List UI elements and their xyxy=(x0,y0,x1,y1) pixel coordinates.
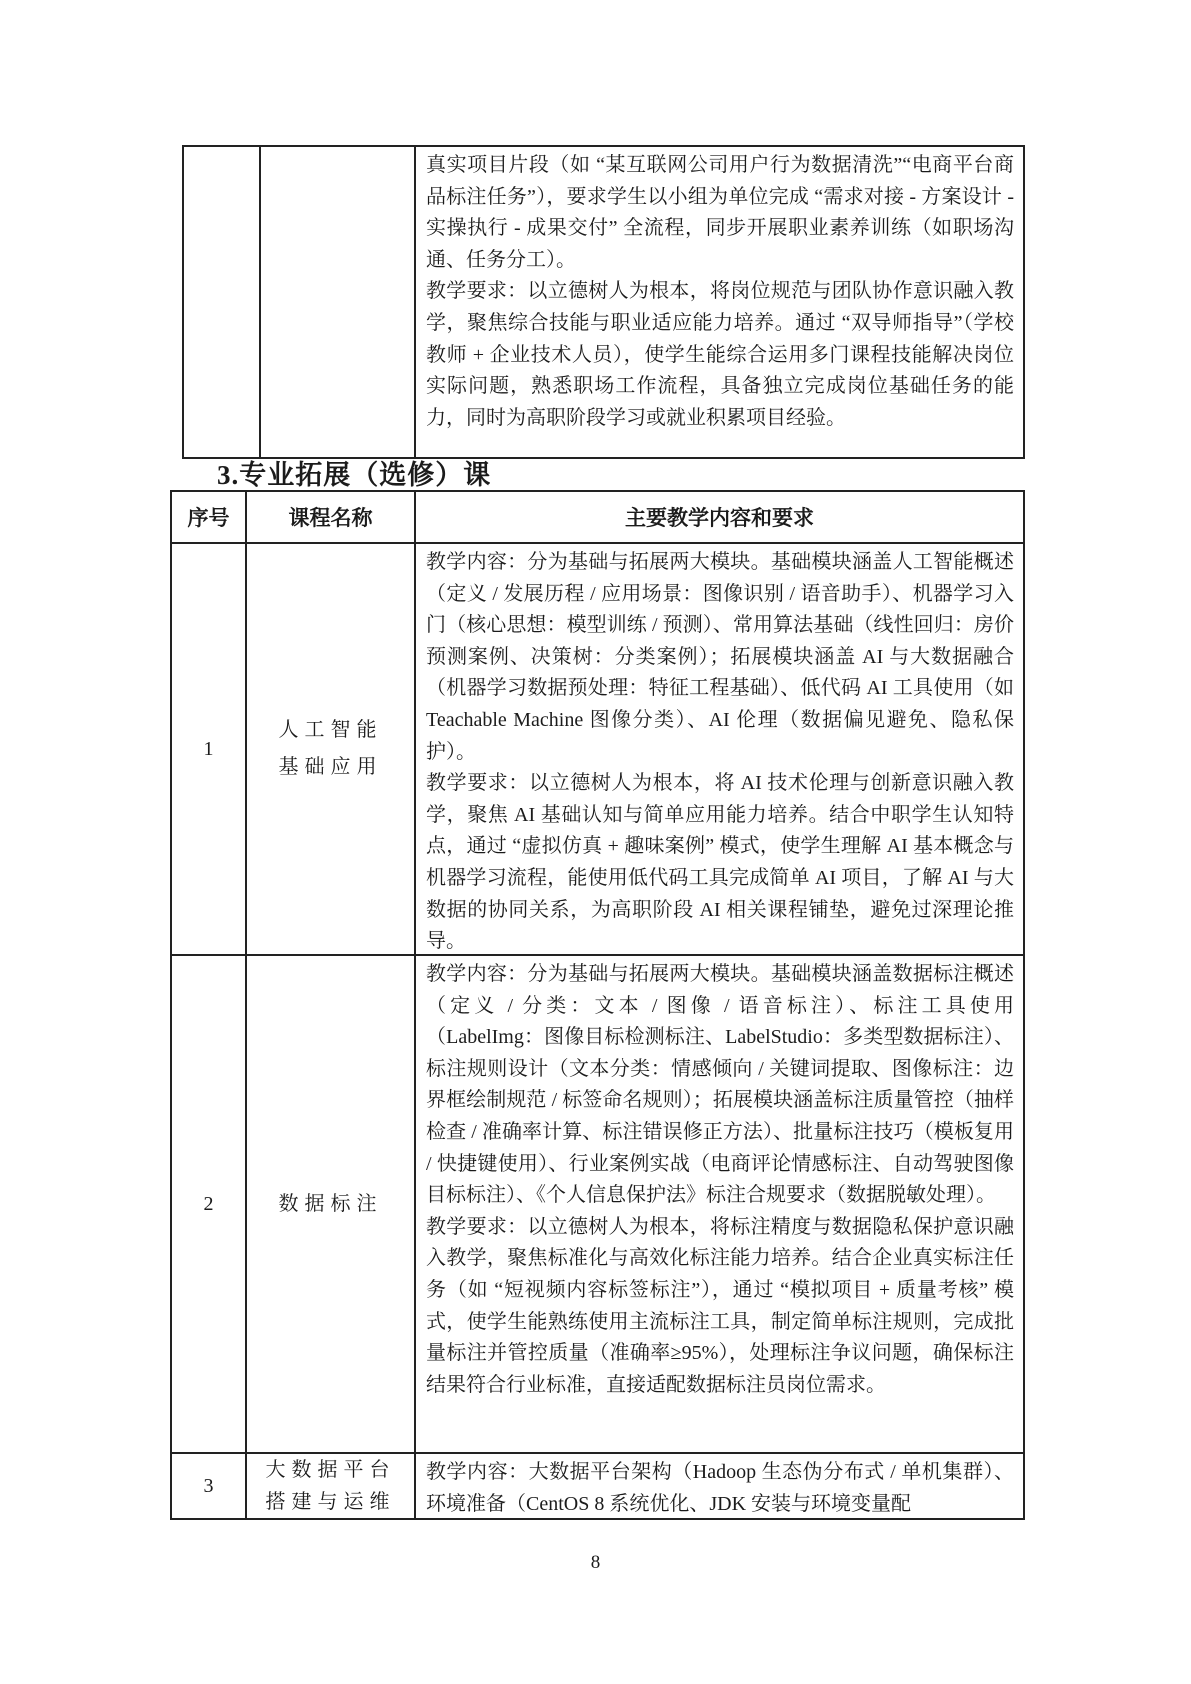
header-cell-main-content: 主要教学内容和要求 xyxy=(415,491,1024,543)
content-cell: 教学内容：分为基础与拓展两大模块。基础模块涵盖人工智能概述（定义 / 发展历程 … xyxy=(415,543,1024,955)
teaching-content-paragraph: 教学内容：分为基础与拓展两大模块。基础模块涵盖数据标注概述（定义 / 分类：文本… xyxy=(426,959,1014,1212)
teaching-content-paragraph: 教学内容：分为基础与拓展两大模块。基础模块涵盖人工智能概述（定义 / 发展历程 … xyxy=(426,547,1014,768)
course-name-line: 大数据平台 xyxy=(247,1454,414,1486)
course-name-line: 数据标注 xyxy=(247,1186,414,1223)
table-row: 3 大数据平台 搭建与运维 教学内容：大数据平台架构（Hadoop 生态伪分布式… xyxy=(171,1453,1024,1519)
course-name-cell: 大数据平台 搭建与运维 xyxy=(246,1453,415,1519)
page-number: 8 xyxy=(0,1552,1191,1574)
row-number: 2 xyxy=(172,1193,245,1216)
row-number-cell: 2 xyxy=(171,955,246,1453)
teaching-requirement-paragraph: 教学要求：以立德树人为根本，将 AI 技术伦理与创新意识融入教学，聚焦 AI 基… xyxy=(426,768,1014,954)
section-heading: 3.专业拓展（选修）课 xyxy=(217,453,491,492)
header-cell-serial: 序号 xyxy=(171,491,246,543)
teaching-content-paragraph: 真实项目片段（如 “某互联网公司用户行为数据清洗”“电商平台商品标注任务”），要… xyxy=(426,150,1014,276)
row-number: 1 xyxy=(172,738,245,761)
table-row: 真实项目片段（如 “某互联网公司用户行为数据清洗”“电商平台商品标注任务”），要… xyxy=(183,146,1024,458)
content-cell: 教学内容：大数据平台架构（Hadoop 生态伪分布式 / 单机集群）、环境准备（… xyxy=(415,1453,1024,1519)
row-number-cell-empty xyxy=(183,146,260,458)
teaching-requirement-paragraph: 教学要求：以立德树人为根本，将标注精度与数据隐私保护意识融入教学，聚焦标准化与高… xyxy=(426,1212,1014,1402)
content-cell: 教学内容：分为基础与拓展两大模块。基础模块涵盖数据标注概述（定义 / 分类：文本… xyxy=(415,955,1024,1453)
row-number-cell: 3 xyxy=(171,1453,246,1519)
course-name-cell: 数据标注 xyxy=(246,955,415,1453)
table-row: 1 人工智能 基础应用 教学内容：分为基础与拓展两大模块。基础模块涵盖人工智能概… xyxy=(171,543,1024,955)
row-number: 3 xyxy=(172,1475,245,1498)
table-header-row: 序号 课程名称 主要教学内容和要求 xyxy=(171,491,1024,543)
header-cell-course-name: 课程名称 xyxy=(246,491,415,543)
course-table: 序号 课程名称 主要教学内容和要求 1 人工智能 基础应用 教学内容：分为基础与… xyxy=(170,490,1025,1520)
course-name-line: 基础应用 xyxy=(247,749,414,786)
course-name-cell: 人工智能 基础应用 xyxy=(246,543,415,955)
document-page: 真实项目片段（如 “某互联网公司用户行为数据清洗”“电商平台商品标注任务”），要… xyxy=(0,0,1191,1684)
row-number-cell: 1 xyxy=(171,543,246,955)
table-row: 2 数据标注 教学内容：分为基础与拓展两大模块。基础模块涵盖数据标注概述（定义 … xyxy=(171,955,1024,1453)
course-name-line: 搭建与运维 xyxy=(247,1486,414,1518)
course-name-cell-empty xyxy=(260,146,415,458)
course-name-line: 人工智能 xyxy=(247,712,414,749)
continuation-table: 真实项目片段（如 “某互联网公司用户行为数据清洗”“电商平台商品标注任务”），要… xyxy=(182,145,1025,459)
content-cell: 真实项目片段（如 “某互联网公司用户行为数据清洗”“电商平台商品标注任务”），要… xyxy=(415,146,1024,458)
teaching-content-paragraph: 教学内容：大数据平台架构（Hadoop 生态伪分布式 / 单机集群）、环境准备（… xyxy=(426,1457,1014,1517)
teaching-requirement-paragraph: 教学要求：以立德树人为根本，将岗位规范与团队协作意识融入教学，聚焦综合技能与职业… xyxy=(426,276,1014,434)
